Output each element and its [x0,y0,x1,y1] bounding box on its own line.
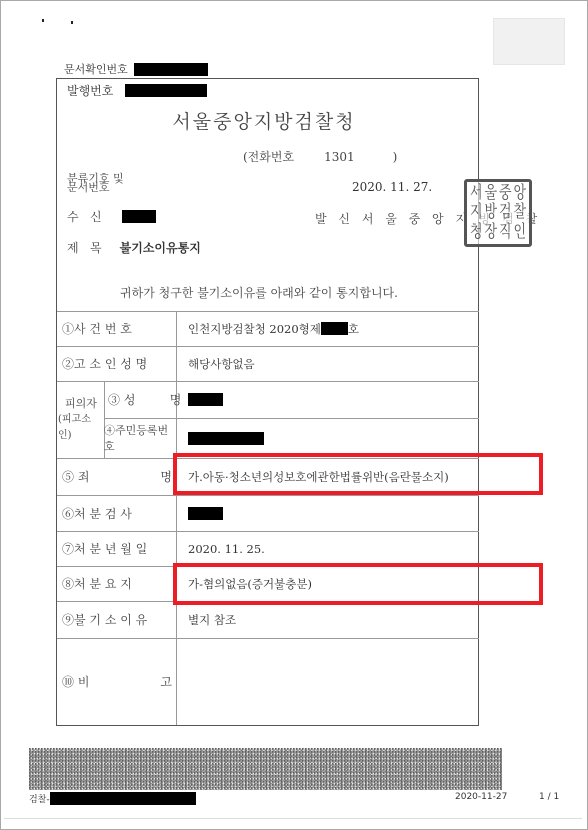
phone-number: 1301 [324,150,355,164]
label-suspect-group: 피의자 (피고소인) [58,381,104,458]
subject-label: 제 목 [67,241,102,255]
label-resident-number: ④주민등록번호 [104,418,176,458]
redaction-block [188,432,264,445]
organization-title: 서울중앙지방검찰청 [0,107,588,134]
case-number-suffix: 호 [348,321,359,337]
label-disposition-date: ⑦처 분 년 월 일 [62,531,172,566]
document-date: 2020. 11. 27. [352,180,432,194]
seal-glyph: 인 [513,220,528,245]
footer-left: 검찰- [29,792,196,805]
redaction-block [50,792,196,805]
redaction-block [321,322,348,335]
label-remarks: ⑩ 비 고 [62,638,172,725]
disposition-date-value: 2020. 11. 25. [188,531,265,566]
classification-label: 분류기호 및 문서번호 [67,174,124,192]
subject-row: 제 목불기소이유통지 [67,239,201,256]
footer-prefix: 검찰- [29,792,50,805]
label-charge: ⑤ 죄 명 [62,458,172,495]
security-watermark [493,18,565,65]
seal-glyph: 직 [498,220,513,245]
complainant-value: 해당사항없음 [188,346,255,381]
charge-highlight-box [173,453,543,495]
remarks-label-right: 고 [160,673,172,690]
redaction-block [188,507,223,520]
suspect-group-line2: (피고소인) [58,412,104,444]
official-seal-icon: 서울중앙지방검찰청장직인 [464,179,532,247]
label-prosecutor: ⑥처 분 검 사 [62,495,172,531]
scan-noise-band [29,748,502,790]
doc-confirm-label: 문서확인번호 [64,61,128,77]
label-suspect-name: ③ 성 명 [108,381,174,418]
case-number-value: 인천지방검찰청 2020형제 호 [188,311,359,346]
issue-number-row: 발행번호 [67,82,207,99]
phone-close: ) [393,150,398,164]
recipient-row: 수 신 [67,208,156,225]
phone-line: (전화번호1301) [243,148,397,165]
charge-label-right: 명 [160,468,172,485]
footer-date: 2020-11-27 [455,792,507,802]
redaction-block [125,84,207,97]
remarks-label-left: ⑩ 비 [62,673,89,690]
bottom-divider [4,818,582,819]
suspect-group-line1: 피의자 [65,396,97,412]
case-number-prefix: 인천지방검찰청 2020형제 [188,321,321,337]
seal-glyph: 청 [469,220,484,245]
doc-confirm-row: 문서확인번호 [64,61,208,77]
non-prosecution-reason-value: 별지 참조 [188,601,236,638]
phone-label: (전화번호 [243,150,294,164]
scan-speck [71,21,73,24]
label-non-prosecution-reason: ⑨불 기 소 이 유 [62,601,172,638]
resident-number-value [188,418,264,458]
scan-speck [42,19,44,22]
suspect-name-value [188,381,223,418]
issue-number-label: 발행번호 [67,82,113,99]
disposition-highlight-box [173,563,543,605]
recipient-label: 수 신 [67,208,102,225]
prosecutor-value [188,495,223,531]
label-case-number: ①사 건 번 호 [62,311,172,346]
subject-value: 불기소이유통지 [120,241,201,255]
redaction-block [122,210,156,223]
label-complainant: ②고 소 인 성 명 [62,346,172,381]
seal-glyph: 장 [484,220,499,245]
redaction-block [134,63,208,76]
footer-page: 1 / 1 [539,792,559,802]
notice-text: 귀하가 청구한 불기소이유를 아래와 같이 통지합니다. [0,284,588,301]
redaction-block [188,393,223,406]
label-disposition-summary: ⑧처 분 요 지 [62,566,172,601]
charge-label-left: ⑤ 죄 [62,468,89,485]
